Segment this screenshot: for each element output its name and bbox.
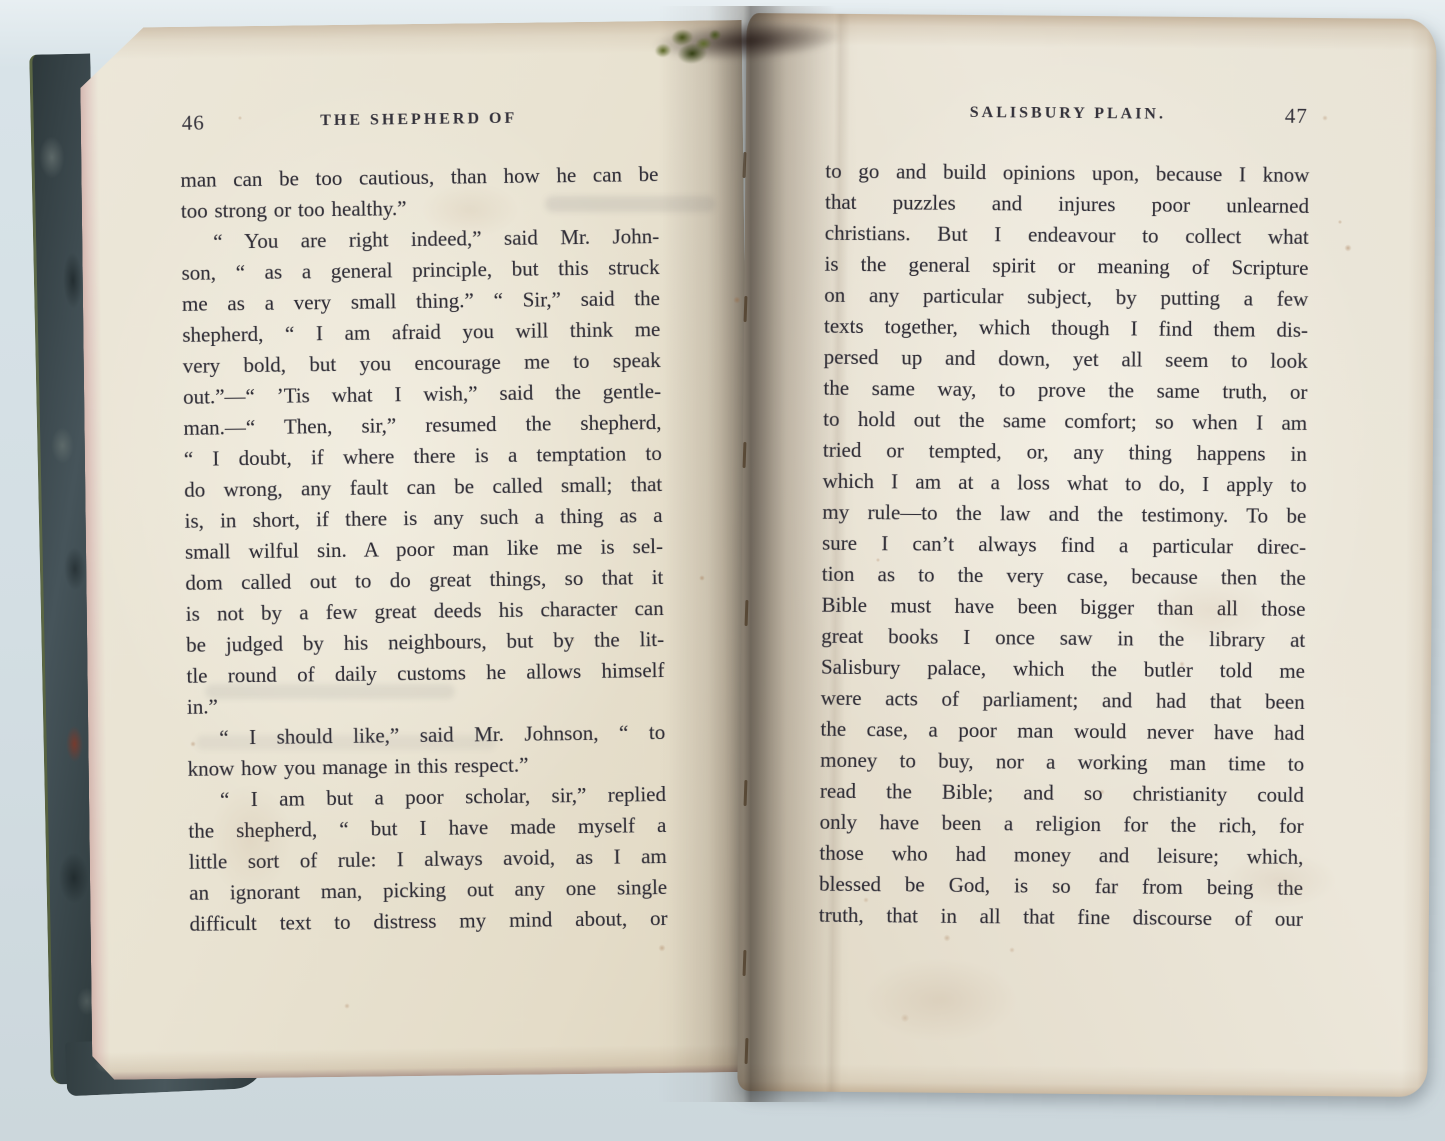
text-line: that puzzles and injures poor unlearned (825, 187, 1309, 222)
text-line: were acts of parliament; and had that be… (821, 683, 1305, 718)
right-page-header: SALISBURY PLAIN. 47 (826, 100, 1310, 130)
text-line: which I am at a loss what to do, I apply… (822, 466, 1306, 501)
text-line: sure I can’t always find a particular di… (822, 528, 1306, 563)
text-line: my rule—to the law and the testimony. To… (822, 497, 1306, 532)
text-line: to hold out the same comfort; so when I … (823, 404, 1307, 439)
text-line: read the Bible; and so christianity coul… (820, 776, 1304, 811)
left-page-text: man can be too cautious, than how he can… (180, 159, 667, 940)
photo-scene: 46 THE SHEPHERD OF man can be too cautio… (0, 0, 1445, 1141)
text-line: tried or tempted, or, any thing happens … (823, 435, 1307, 470)
text-line: christians. But I endeavour to collect w… (825, 218, 1309, 253)
text-line: tle round of daily customs he allows him… (186, 655, 664, 692)
right-page-number: 47 (1285, 104, 1308, 129)
text-line: those who had money and leisure; which, (819, 838, 1303, 873)
text-line: is the general spirit or meaning of Scri… (824, 249, 1308, 284)
text-line: truth, that in all that fine discourse o… (819, 900, 1303, 935)
text-line: “ I should like,” said Mr. Johnson, “ to (187, 717, 665, 754)
text-line: money to buy, nor a working man time to (820, 745, 1304, 780)
left-page-header: 46 THE SHEPHERD OF (180, 105, 658, 137)
text-line: difficult text to distress my mind about… (189, 903, 667, 940)
text-line: great books I once saw in the library at (821, 621, 1305, 656)
text-line: tion as to the very case, because then t… (822, 559, 1306, 594)
left-page: 46 THE SHEPHERD OF man can be too cautio… (80, 20, 755, 1080)
text-line: man can be too cautious, than how he can… (180, 159, 658, 196)
text-line: texts together, which though I find them… (824, 311, 1308, 346)
text-line: Bible must have been bigger than all tho… (821, 590, 1305, 625)
right-page: SALISBURY PLAIN. 47 to go and build opin… (737, 13, 1436, 1097)
text-line: persed up and down, yet all seem to look (824, 342, 1308, 377)
right-running-header: SALISBURY PLAIN. (826, 103, 1310, 125)
text-line: the case, a poor man would never have ha… (820, 714, 1304, 749)
text-line: Salisbury palace, which the butler told … (821, 652, 1305, 687)
text-line: on any particular subject, by putting a … (824, 280, 1308, 315)
text-line: only have been a religion for the rich, … (820, 807, 1304, 842)
text-line: to go and build opinions upon, because I… (825, 156, 1309, 191)
text-line: the same way, to prove the same truth, o… (823, 373, 1307, 408)
left-running-header: THE SHEPHERD OF (180, 108, 658, 132)
binding-moss-fragment (644, 14, 731, 72)
right-page-text: to go and build opinions upon, because I… (819, 156, 1310, 935)
text-line: blessed be God, is so far from being the (819, 869, 1303, 904)
